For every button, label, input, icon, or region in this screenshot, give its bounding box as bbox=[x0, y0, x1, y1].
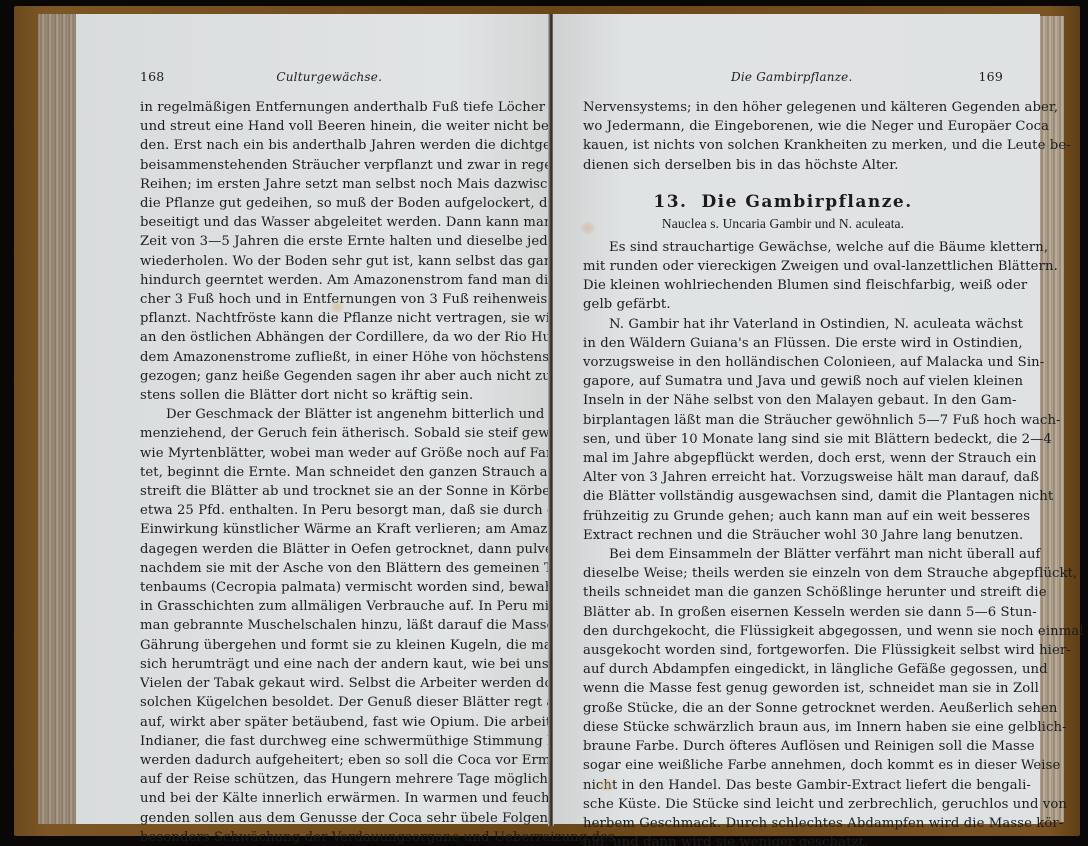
text-line: kauen, ist nichts von solchen Krankheite… bbox=[583, 136, 983, 155]
text-line: beseitigt und das Wasser abgeleitet werd… bbox=[140, 213, 516, 232]
text-line: und streut eine Hand voll Beeren hinein,… bbox=[140, 117, 516, 136]
text-line: frühzeitig zu Grunde gehen; auch kann ma… bbox=[583, 507, 983, 526]
text-line: besonders Schwächung der Verdauungsorgan… bbox=[140, 828, 516, 846]
text-line: Extract rechnen und die Sträucher wohl 3… bbox=[583, 526, 983, 545]
text-line: wie Myrtenblätter, wobei man weder auf G… bbox=[140, 444, 516, 463]
text-line: nachdem sie mit der Asche von den Blätte… bbox=[140, 559, 516, 578]
foxing-stain bbox=[330, 301, 344, 313]
text-line: Gährung übergehen und formt sie zu klein… bbox=[140, 636, 516, 655]
text-line: Blätter ab. In großen eisernen Kesseln w… bbox=[583, 603, 983, 622]
text-line: dem Amazonenstrome zufließt, in einer Hö… bbox=[140, 348, 516, 367]
page-edges-left bbox=[38, 14, 76, 824]
text-line: Alter von 3 Jahren erreicht hat. Vorzugs… bbox=[583, 468, 983, 487]
text-line: beisammenstehenden Sträucher verpflanzt … bbox=[140, 156, 516, 175]
text-line: werden dadurch aufgeheitert; eben so sol… bbox=[140, 751, 516, 770]
foxing-stain bbox=[600, 779, 614, 791]
text-line: Vielen der Tabak gekaut wird. Selbst die… bbox=[140, 674, 516, 693]
text-line: sche Küste. Die Stücke sind leicht und z… bbox=[583, 795, 983, 814]
chapter-title: Die Gambirpflanze. bbox=[701, 192, 912, 212]
text-line: vorzugsweise in den holländischen Coloni… bbox=[583, 353, 983, 372]
text-line: den durchgekocht, die Flüssigkeit abgego… bbox=[583, 622, 983, 641]
running-title: Culturgewächse. bbox=[276, 70, 382, 84]
text-line: dieselbe Weise; theils werden sie einzel… bbox=[583, 564, 983, 583]
paragraph-continuation: Nervensystems; in den höher gelegenen un… bbox=[583, 98, 983, 175]
text-line: Die kleinen wohlriechenden Blumen sind f… bbox=[583, 276, 983, 295]
left-page: 168 Culturgewächse. in regelmäßigen Entf… bbox=[76, 14, 550, 824]
chapter-subtitle: Nauclea s. Uncaria Gambir und N. aculeat… bbox=[583, 214, 983, 234]
text-line: Nervensystems; in den höher gelegenen un… bbox=[583, 98, 983, 117]
left-body-text: in regelmäßigen Entfernungen anderthalb … bbox=[140, 98, 516, 846]
text-line: tenbaums (Cecropia palmata) vermischt wo… bbox=[140, 578, 516, 597]
text-line: die Pflanze gut gedeihen, so muß der Bod… bbox=[140, 194, 516, 213]
text-line: menziehend, der Geruch fein ätherisch. S… bbox=[140, 424, 516, 443]
text-line: mit runden oder viereckigen Zweigen und … bbox=[583, 257, 983, 276]
text-line: pflanzt. Nachtfröste kann die Pflanze ni… bbox=[140, 309, 516, 328]
text-line: sich herumträgt und eine nach der andern… bbox=[140, 655, 516, 674]
text-line: nicht in den Handel. Das beste Gambir-Ex… bbox=[583, 776, 983, 795]
text-line: Inseln in der Nähe selbst von den Malaye… bbox=[583, 391, 983, 410]
text-line: wenn die Masse fest genug geworden ist, … bbox=[583, 679, 983, 698]
text-line: auf, wirkt aber später betäubend, fast w… bbox=[140, 713, 516, 732]
text-line: ausgekocht worden sind, fortgeworfen. Di… bbox=[583, 641, 983, 660]
text-line: streift die Blätter ab und trocknet sie … bbox=[140, 482, 516, 501]
text-line: Zeit von 3—5 Jahren die erste Ernte halt… bbox=[140, 232, 516, 251]
text-line: sogar eine weißliche Farbe annehmen, doc… bbox=[583, 756, 983, 775]
text-line: gelb gefärbt. bbox=[583, 295, 983, 314]
text-line: an den östlichen Abhängen der Cordillere… bbox=[140, 328, 516, 347]
left-running-head: 168 Culturgewächse. bbox=[140, 69, 516, 84]
text-line: Der Geschmack der Blätter ist angenehm b… bbox=[140, 405, 516, 424]
text-line: und bei der Kälte innerlich erwärmen. In… bbox=[140, 789, 516, 808]
text-line: gapore, auf Sumatra und Java und gewiß n… bbox=[583, 372, 983, 391]
text-line: hindurch geerntet werden. Am Amazonenstr… bbox=[140, 271, 516, 290]
text-line: cher 3 Fuß hoch und in Entfernungen von … bbox=[140, 290, 516, 309]
page-number: 168 bbox=[140, 69, 164, 84]
text-line: Reihen; im ersten Jahre setzt man selbst… bbox=[140, 175, 516, 194]
text-line: solchen Kügelchen besoldet. Der Genuß di… bbox=[140, 693, 516, 712]
text-line: Bei dem Einsammeln der Blätter verfährt … bbox=[583, 545, 983, 564]
right-running-head: Die Gambirpflanze. 169 bbox=[583, 69, 1003, 84]
running-title: Die Gambirpflanze. bbox=[731, 70, 852, 84]
text-line: man gebrannte Muschelschalen hinzu, läßt… bbox=[140, 616, 516, 635]
text-line: sen, und über 10 Monate lang sind sie mi… bbox=[583, 430, 983, 449]
text-line: stens sollen die Blätter dort nicht so k… bbox=[140, 386, 516, 405]
text-line: dienen sich derselben bis in das höchste… bbox=[583, 156, 983, 175]
text-line: in Grasschichten zum allmäligen Verbrauc… bbox=[140, 597, 516, 616]
text-line: braune Farbe. Durch öfteres Auflösen und… bbox=[583, 737, 983, 756]
text-line: große Stücke, die an der Sonne getrockne… bbox=[583, 699, 983, 718]
text-line: nig, und dann wird sie weniger geschätzt… bbox=[583, 833, 983, 846]
text-line: in regelmäßigen Entfernungen anderthalb … bbox=[140, 98, 516, 117]
text-line: theils schneidet man die ganzen Schößlin… bbox=[583, 583, 983, 602]
text-line: Indianer, die fast durchweg eine schwerm… bbox=[140, 732, 516, 751]
page-number: 169 bbox=[979, 69, 1003, 84]
text-line: dagegen werden die Blätter in Oefen getr… bbox=[140, 540, 516, 559]
text-line: genden sollen aus dem Genusse der Coca s… bbox=[140, 809, 516, 828]
text-line: herbem Geschmack. Durch schlechtes Abdam… bbox=[583, 814, 983, 833]
text-line: Es sind strauchartige Gewächse, welche a… bbox=[583, 238, 983, 257]
chapter-body: Es sind strauchartige Gewächse, welche a… bbox=[583, 238, 983, 846]
chapter-heading: 13.Die Gambirpflanze. bbox=[583, 190, 983, 214]
text-line: Einwirkung künstlicher Wärme an Kraft ve… bbox=[140, 520, 516, 539]
text-line: wo Jedermann, die Eingeborenen, wie die … bbox=[583, 117, 983, 136]
text-line: in den Wäldern Guiana's an Flüssen. Die … bbox=[583, 334, 983, 353]
text-line: den. Erst nach ein bis anderthalb Jahren… bbox=[140, 136, 516, 155]
chapter-number: 13. bbox=[653, 192, 687, 212]
right-page: Die Gambirpflanze. 169 Nervensystems; in… bbox=[553, 14, 1040, 824]
text-line: gezogen; ganz heiße Gegenden sagen ihr a… bbox=[140, 367, 516, 386]
text-line: etwa 25 Pfd. enthalten. In Peru besorgt … bbox=[140, 501, 516, 520]
text-line: mal im Jahre abgepflückt werden, doch er… bbox=[583, 449, 983, 468]
text-line: auf durch Abdampfen eingedickt, in längl… bbox=[583, 660, 983, 679]
text-line: N. Gambir hat ihr Vaterland in Ostindien… bbox=[583, 315, 983, 334]
foxing-stain bbox=[581, 222, 595, 234]
text-line: die Blätter vollständig ausgewachsen sin… bbox=[583, 487, 983, 506]
text-line: birplantagen läßt man die Sträucher gewö… bbox=[583, 411, 983, 430]
text-line: auf der Reise schützen, das Hungern mehr… bbox=[140, 770, 516, 789]
text-line: tet, beginnt die Ernte. Man schneidet de… bbox=[140, 463, 516, 482]
right-body-text: Nervensystems; in den höher gelegenen un… bbox=[583, 98, 983, 846]
text-line: diese Stücke schwärzlich braun aus, im I… bbox=[583, 718, 983, 737]
text-line: wiederholen. Wo der Boden sehr gut ist, … bbox=[140, 252, 516, 271]
